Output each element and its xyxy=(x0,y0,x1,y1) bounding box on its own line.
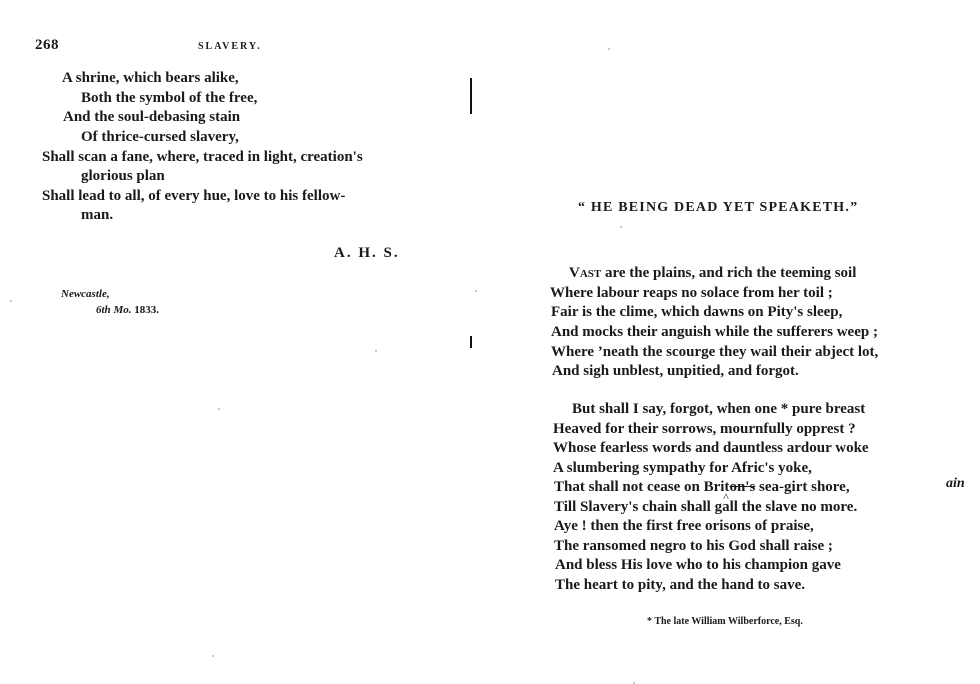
verse-line: Heaved for their sorrows, mournfully opp… xyxy=(553,420,856,439)
date-month: Mo. xyxy=(113,304,131,316)
verse-line: The heart to pity, and the hand to save. xyxy=(555,576,805,595)
author-signature: A. H. S. xyxy=(334,245,400,262)
handwritten-margin-note: ain xyxy=(946,476,965,492)
scan-speck xyxy=(10,300,12,302)
verse-line: glorious plan xyxy=(81,167,165,186)
verse-line: Where ’neath the scourge they wail their… xyxy=(551,343,878,362)
drop-word: Vast xyxy=(569,265,601,281)
gutter-scan-mark xyxy=(470,78,472,114)
scan-speck xyxy=(375,350,377,352)
verse-line: Fair is the clime, which dawns on Pity's… xyxy=(551,303,842,322)
place-line: Newcastle, xyxy=(61,288,110,300)
verse-line: And mocks their anguish while the suffer… xyxy=(551,323,878,342)
verse-line: And sigh unblest, unpitied, and forgot. xyxy=(552,362,799,381)
verse-line: The ransomed negro to his God shall rais… xyxy=(554,537,833,556)
verse-line: Aye ! then the first free orisons of pra… xyxy=(554,517,814,536)
verse-line: Of thrice-cursed slavery, xyxy=(81,128,239,147)
verse-line: That shall not cease on Briton's sea-gir… xyxy=(554,478,850,497)
scan-speck xyxy=(475,290,477,292)
verse-line: And the soul-debasing stain xyxy=(63,108,240,127)
date-line: 6th Mo. 1833. xyxy=(96,304,159,316)
verse-line: Both the symbol of the free, xyxy=(81,89,257,108)
verse-line: But shall I say, forgot, when one * pure… xyxy=(572,400,865,419)
verse-line: Shall lead to all, of every hue, love to… xyxy=(42,187,345,206)
caret-correction-mark: a xyxy=(722,499,730,515)
page-number: 268 xyxy=(35,37,59,54)
verse-line: A slumbering sympathy for Afric's yoke, xyxy=(553,459,812,478)
verse-line: Vast are the plains, and rich the teemin… xyxy=(569,264,856,283)
verse-line: Shall scan a fane, where, traced in ligh… xyxy=(42,148,363,167)
verse-line: Whose fearless words and dauntless ardou… xyxy=(553,439,869,458)
verse-line: man. xyxy=(81,206,113,225)
right-page: “ HE BEING DEAD YET SPEAKETH.” Vast are … xyxy=(490,0,980,684)
verse-line: A shrine, which bears alike, xyxy=(62,69,239,88)
gutter-scan-mark xyxy=(470,336,472,348)
struck-text: on's xyxy=(729,479,755,495)
scan-speck xyxy=(212,655,214,657)
running-head: SLAVERY. xyxy=(198,41,262,52)
date-year: 1833. xyxy=(134,304,159,316)
verse-line: Till Slavery's chain shall gall the slav… xyxy=(554,498,857,517)
verse-line: And bless His love who to his champion g… xyxy=(555,556,841,575)
left-page: 268 SLAVERY. A shrine, which bears alike… xyxy=(0,0,470,684)
poem-title: “ HE BEING DEAD YET SPEAKETH.” xyxy=(578,200,858,216)
scan-speck xyxy=(218,408,220,410)
scan-speck xyxy=(620,226,622,228)
verse-line: Where labour reaps no solace from her to… xyxy=(550,284,833,303)
scan-speck xyxy=(608,48,610,50)
date-ordinal: 6th xyxy=(96,304,111,316)
footnote: * The late William Wilberforce, Esq. xyxy=(647,616,803,627)
